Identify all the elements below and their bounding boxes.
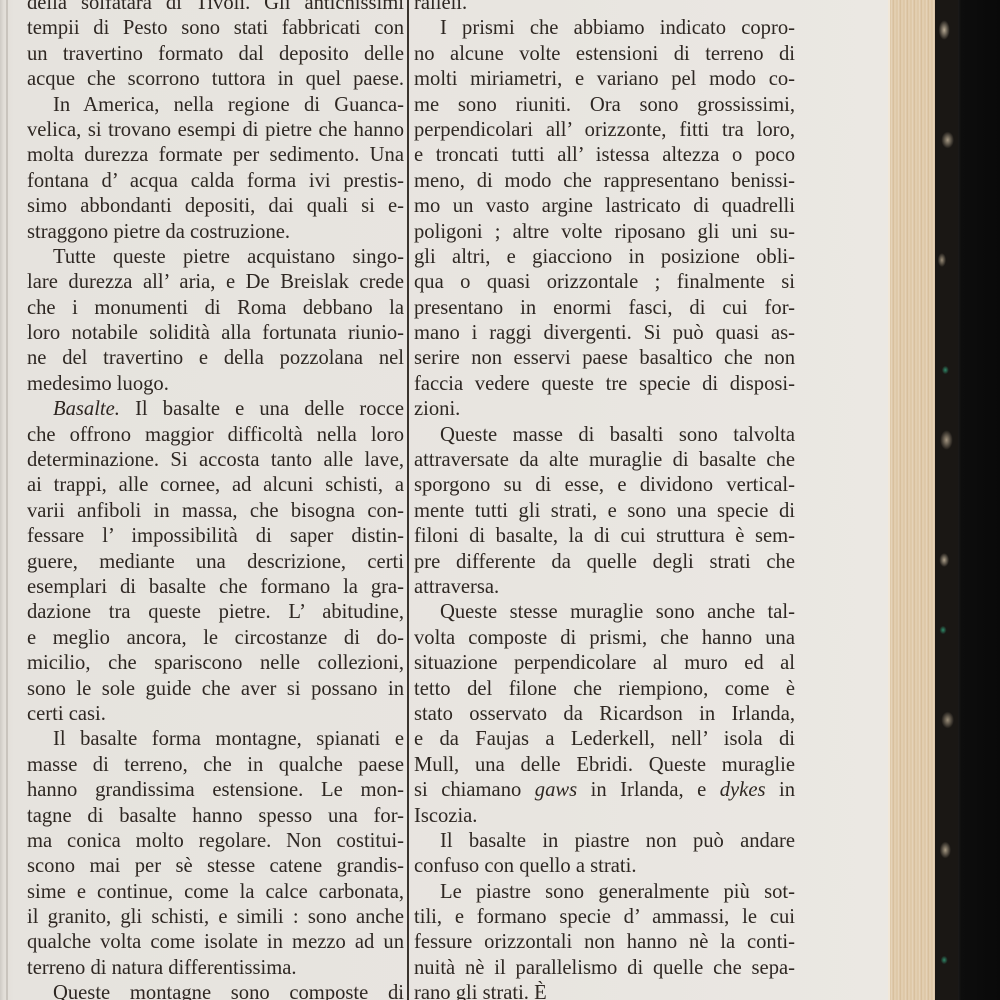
text-line: stato osservato da Ricardson in Irlanda, bbox=[414, 702, 795, 727]
book-page: della solfatara di Tivoli. Gli antichiss… bbox=[0, 0, 888, 1000]
text-line: dazione tra queste pietre. L’ abitudine, bbox=[27, 600, 404, 625]
text-line: attraversate da alte muraglie di basalte… bbox=[414, 448, 795, 473]
text-line: attraversa. bbox=[414, 575, 795, 600]
text-line: Tutte queste pietre acquistano singo- bbox=[27, 245, 404, 270]
text-line: mente tutti gli strati, e sono una speci… bbox=[414, 499, 795, 524]
text-line: serire non esservi paese basaltico che n… bbox=[414, 346, 795, 371]
text-line: esemplari di basalte che formano la gra- bbox=[27, 575, 404, 600]
text-line: certi casi. bbox=[27, 702, 404, 727]
text-line: ma conica molto regolare. Non costitui- bbox=[27, 829, 404, 854]
text-line: molta durezza formate per sedimento. Una bbox=[27, 143, 404, 168]
text-line: e meglio ancora, le circostanze di do- bbox=[27, 626, 404, 651]
text-line: il granito, gli schisti, e simili : sono… bbox=[27, 905, 404, 930]
text-line: pre differente da quelle degli strati ch… bbox=[414, 550, 795, 575]
text-line: In America, nella regione di Guanca- bbox=[27, 93, 404, 118]
text-line: tagne di basalte hanno spesso una for- bbox=[27, 804, 404, 829]
text-line: ai trappi, alle cornee, ad alcuni schist… bbox=[27, 473, 404, 498]
text-line: velica, si trovano esempi di pietre che … bbox=[27, 118, 404, 143]
text-line: tetto del filone che riempiono, come è bbox=[414, 677, 795, 702]
italic-term: dykes bbox=[720, 779, 766, 801]
italic-term: Basalte. bbox=[53, 398, 120, 420]
text-line: fessure orizzontali non hanno nè la cont… bbox=[414, 930, 795, 955]
text-line: sime e continue, come la calce carbonata… bbox=[27, 880, 404, 905]
text-line: situazione perpendicolare al muro ed al bbox=[414, 651, 795, 676]
text-line: molti miriametri, e variano pel modo co- bbox=[414, 67, 795, 92]
text-line: nuità nè il parallelismo di quelle che s… bbox=[414, 956, 795, 981]
text-line: che i monumenti di Roma debbano la bbox=[27, 296, 404, 321]
text-line: medesimo luogo. bbox=[27, 372, 404, 397]
text-line: qua o quasi orizzontale ; finalmente si bbox=[414, 270, 795, 295]
text-line: e da Faujas a Lederkell, nell’ isola di bbox=[414, 727, 795, 752]
text-line: Iscozia. bbox=[414, 804, 795, 829]
text-line: confuso con quello a strati. bbox=[414, 854, 795, 879]
left-text-column: della solfatara di Tivoli. Gli antichiss… bbox=[27, 0, 404, 1000]
text-line: straggono pietre da costruzione. bbox=[27, 220, 404, 245]
text-line: ne del travertino e della pozzolana nel bbox=[27, 346, 404, 371]
text-line: che offrono maggior difficoltà nella lor… bbox=[27, 423, 404, 448]
text-line: della solfatara di Tivoli. Gli antichiss… bbox=[27, 0, 404, 16]
text-line: masse di terreno, che in qualche paese bbox=[27, 753, 404, 778]
text-line: Mull, una delle Ebridi. Queste muraglie bbox=[414, 753, 795, 778]
text-line: no alcune volte estensioni di terreno di bbox=[414, 42, 795, 67]
column-divider-rule bbox=[407, 0, 409, 1000]
text-line: Queste stesse muraglie sono anche tal- bbox=[414, 600, 795, 625]
text-line: fontana d’ acqua calda forma ivi prestis… bbox=[27, 169, 404, 194]
text-line: si chiamano gaws in Irlanda, e dykes in bbox=[414, 778, 795, 803]
book-cover bbox=[958, 0, 1000, 1000]
text-line: Il basalte forma montagne, spianati e bbox=[27, 727, 404, 752]
text-line: determinazione. Si accosta tanto alle la… bbox=[27, 448, 404, 473]
text-line: mo un vasto argine lastricato di quadrel… bbox=[414, 194, 795, 219]
text-line: terreno di natura differentissima. bbox=[27, 956, 404, 981]
right-text-column: ralleli.I prismi che abbiamo indicato co… bbox=[414, 0, 795, 1000]
text-line: poligoni ; altre volte riposano gli uni … bbox=[414, 220, 795, 245]
text-line: e troncati tutti all’ istessa altezza o … bbox=[414, 143, 795, 168]
text-line: meno, di modo che rappresentano benissi- bbox=[414, 169, 795, 194]
text-line: guere, mediante una descrizione, certi bbox=[27, 550, 404, 575]
text-line: Basalte. Il basalte e una delle rocce bbox=[27, 397, 404, 422]
text-line: fessare l’ impossibilità di saper distin… bbox=[27, 524, 404, 549]
text-line: me sono riuniti. Ora sono grossissimi, bbox=[414, 93, 795, 118]
text-line: tili, e formano specie d’ ammassi, le cu… bbox=[414, 905, 795, 930]
text-line: micilio, che spariscono nelle collezioni… bbox=[27, 651, 404, 676]
text-line: perpendicolari all’ orizzonte, fitti tra… bbox=[414, 118, 795, 143]
marbled-endpaper-strip bbox=[935, 0, 958, 1000]
text-line: sporgono su di esse, e dividono vertical… bbox=[414, 473, 795, 498]
text-line: scono mai per sè stesse catene grandis- bbox=[27, 854, 404, 879]
text-line: un travertino formato dal deposito delle bbox=[27, 42, 404, 67]
text-line: varii anfiboli in massa, che bisogna con… bbox=[27, 499, 404, 524]
text-line: sono le sole guide che aver si possano i… bbox=[27, 677, 404, 702]
text-line: Queste montagne sono composte di bbox=[27, 981, 404, 1000]
text-line: presentano in enormi fasci, di cui for- bbox=[414, 296, 795, 321]
text-line: zioni. bbox=[414, 397, 795, 422]
text-line: acque che scorrono tuttora in quel paese… bbox=[27, 67, 404, 92]
text-line: lare durezza all’ aria, e De Breislak cr… bbox=[27, 270, 404, 295]
text-line: hanno grandissima estensione. Le mon- bbox=[27, 778, 404, 803]
text-line: tempii di Pesto sono stati fabbricati co… bbox=[27, 16, 404, 41]
text-line: gli altri, e giacciono in posizione obli… bbox=[414, 245, 795, 270]
text-line: Le piastre sono generalmente più sot- bbox=[414, 880, 795, 905]
page-edges-stack bbox=[888, 0, 935, 1000]
text-line: volta composte di prismi, che hanno una bbox=[414, 626, 795, 651]
italic-term: gaws bbox=[535, 779, 577, 801]
text-line: filoni di basalte, la di cui struttura è… bbox=[414, 524, 795, 549]
text-line: mano i raggi divergenti. Si può quasi as… bbox=[414, 321, 795, 346]
text-line: Il basalte in piastre non può andare bbox=[414, 829, 795, 854]
text-line: qualche volta come isolate in mezzo ad u… bbox=[27, 930, 404, 955]
text-line: loro notabile solidità alla fortunata ri… bbox=[27, 321, 404, 346]
text-line: simo abbondanti depositi, dai quali si e… bbox=[27, 194, 404, 219]
text-line: faccia vedere queste tre specie di dispo… bbox=[414, 372, 795, 397]
text-line: Queste masse di basalti sono talvolta bbox=[414, 423, 795, 448]
text-line: rano gli strati. È bbox=[414, 981, 795, 1000]
text-line: ralleli. bbox=[414, 0, 795, 16]
text-line: I prismi che abbiamo indicato copro- bbox=[414, 16, 795, 41]
